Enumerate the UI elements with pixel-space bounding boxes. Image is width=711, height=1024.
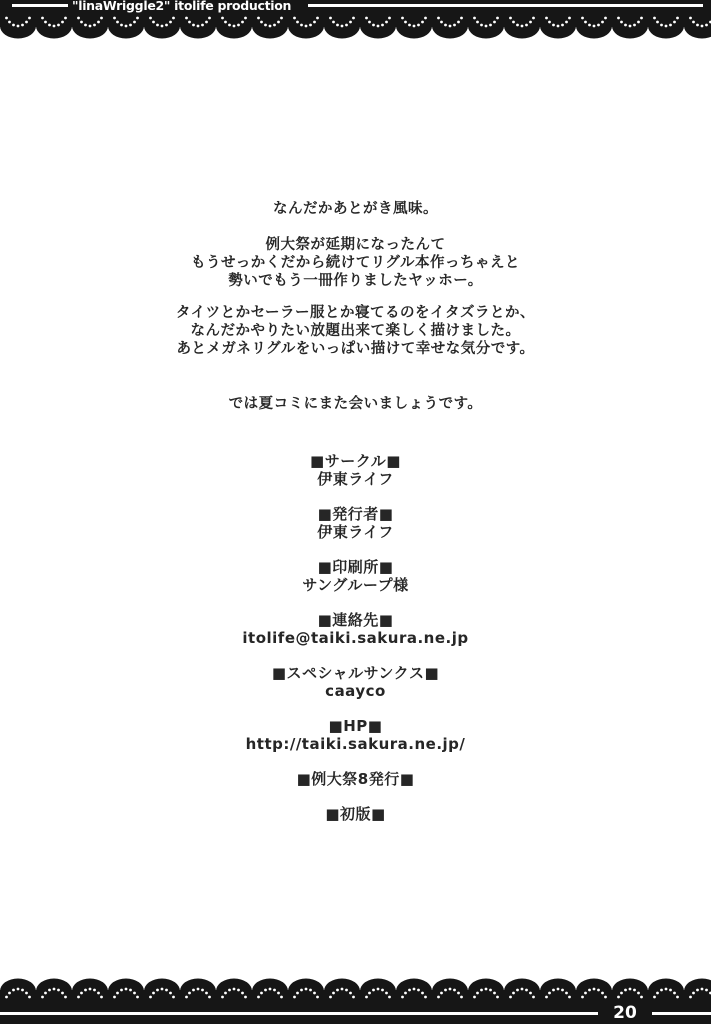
afterword-line: なんだかやりたい放題出来て楽しく描けました。 [0, 322, 711, 340]
credit-label: ■例大祭8発行■ [0, 770, 711, 788]
afterword-line: タイツとかセーラー服とか寝てるのをイタズラとか、 [0, 304, 711, 322]
credit-value-email: itolife@taiki.sakura.ne.jp [0, 629, 711, 647]
afterword-line: あとメガネリグルをいっぱい描けて幸せな気分です。 [0, 340, 711, 358]
afterword-line: 例大祭が延期になったんて [0, 236, 711, 254]
afterword-line: 勢いでもう一冊作りましたヤッホー。 [0, 272, 711, 290]
afterword-line: なんだかあとがき風味。 [0, 200, 711, 218]
credit-label: ■初版■ [0, 805, 711, 823]
credit-label: ■連絡先■ [0, 611, 711, 629]
credit-circle: ■サークル■ 伊東ライフ [0, 452, 711, 488]
page-number: 20 [598, 1004, 652, 1022]
lace-border-top: "linaWriggle2" itolife production [0, 0, 711, 40]
credit-publisher: ■発行者■ 伊東ライフ [0, 505, 711, 541]
credit-label: ■スペシャルサンクス■ [0, 664, 711, 682]
credit-label: ■サークル■ [0, 452, 711, 470]
credit-value: 伊東ライフ [0, 470, 711, 488]
afterword-paragraph: タイツとかセーラー服とか寝てるのをイタズラとか、 なんだかやりたい放題出来て楽し… [0, 304, 711, 358]
credit-value: caayco [0, 682, 711, 700]
credit-contact: ■連絡先■ itolife@taiki.sakura.ne.jp [0, 611, 711, 647]
credit-homepage: ■HP■ http://taiki.sakura.ne.jp/ [0, 717, 711, 753]
credit-first-edition: ■初版■ [0, 805, 711, 823]
afterword-line: もうせっかくだから続けてリグル本作っちゃえと [0, 254, 711, 272]
afterword-closing: では夏コミにまた会いましょうです。 [0, 395, 711, 413]
credit-special-thanks: ■スペシャルサンクス■ caayco [0, 664, 711, 700]
footer-rule-left [0, 1012, 598, 1015]
credit-label: ■HP■ [0, 717, 711, 735]
credit-event-edition: ■例大祭8発行■ [0, 770, 711, 788]
header-rule-right [308, 4, 703, 7]
afterword-intro: なんだかあとがき風味。 [0, 200, 711, 218]
credit-value-url: http://taiki.sakura.ne.jp/ [0, 735, 711, 753]
header-rule-left [12, 4, 68, 7]
page-header-title: "linaWriggle2" itolife production [72, 0, 291, 13]
afterword-paragraph: 例大祭が延期になったんて もうせっかくだから続けてリグル本作っちゃえと 勢いでも… [0, 236, 711, 290]
credit-value: 伊東ライフ [0, 523, 711, 541]
lace-border-bottom: 20 [0, 978, 711, 1024]
credit-value: サングループ様 [0, 576, 711, 594]
credit-printer: ■印刷所■ サングループ様 [0, 558, 711, 594]
afterword-page: なんだかあとがき風味。 例大祭が延期になったんて もうせっかくだから続けてリグル… [0, 200, 711, 840]
credit-label: ■印刷所■ [0, 558, 711, 576]
credit-label: ■発行者■ [0, 505, 711, 523]
afterword-line: では夏コミにまた会いましょうです。 [0, 395, 711, 413]
footer-rule-right [652, 1012, 711, 1015]
